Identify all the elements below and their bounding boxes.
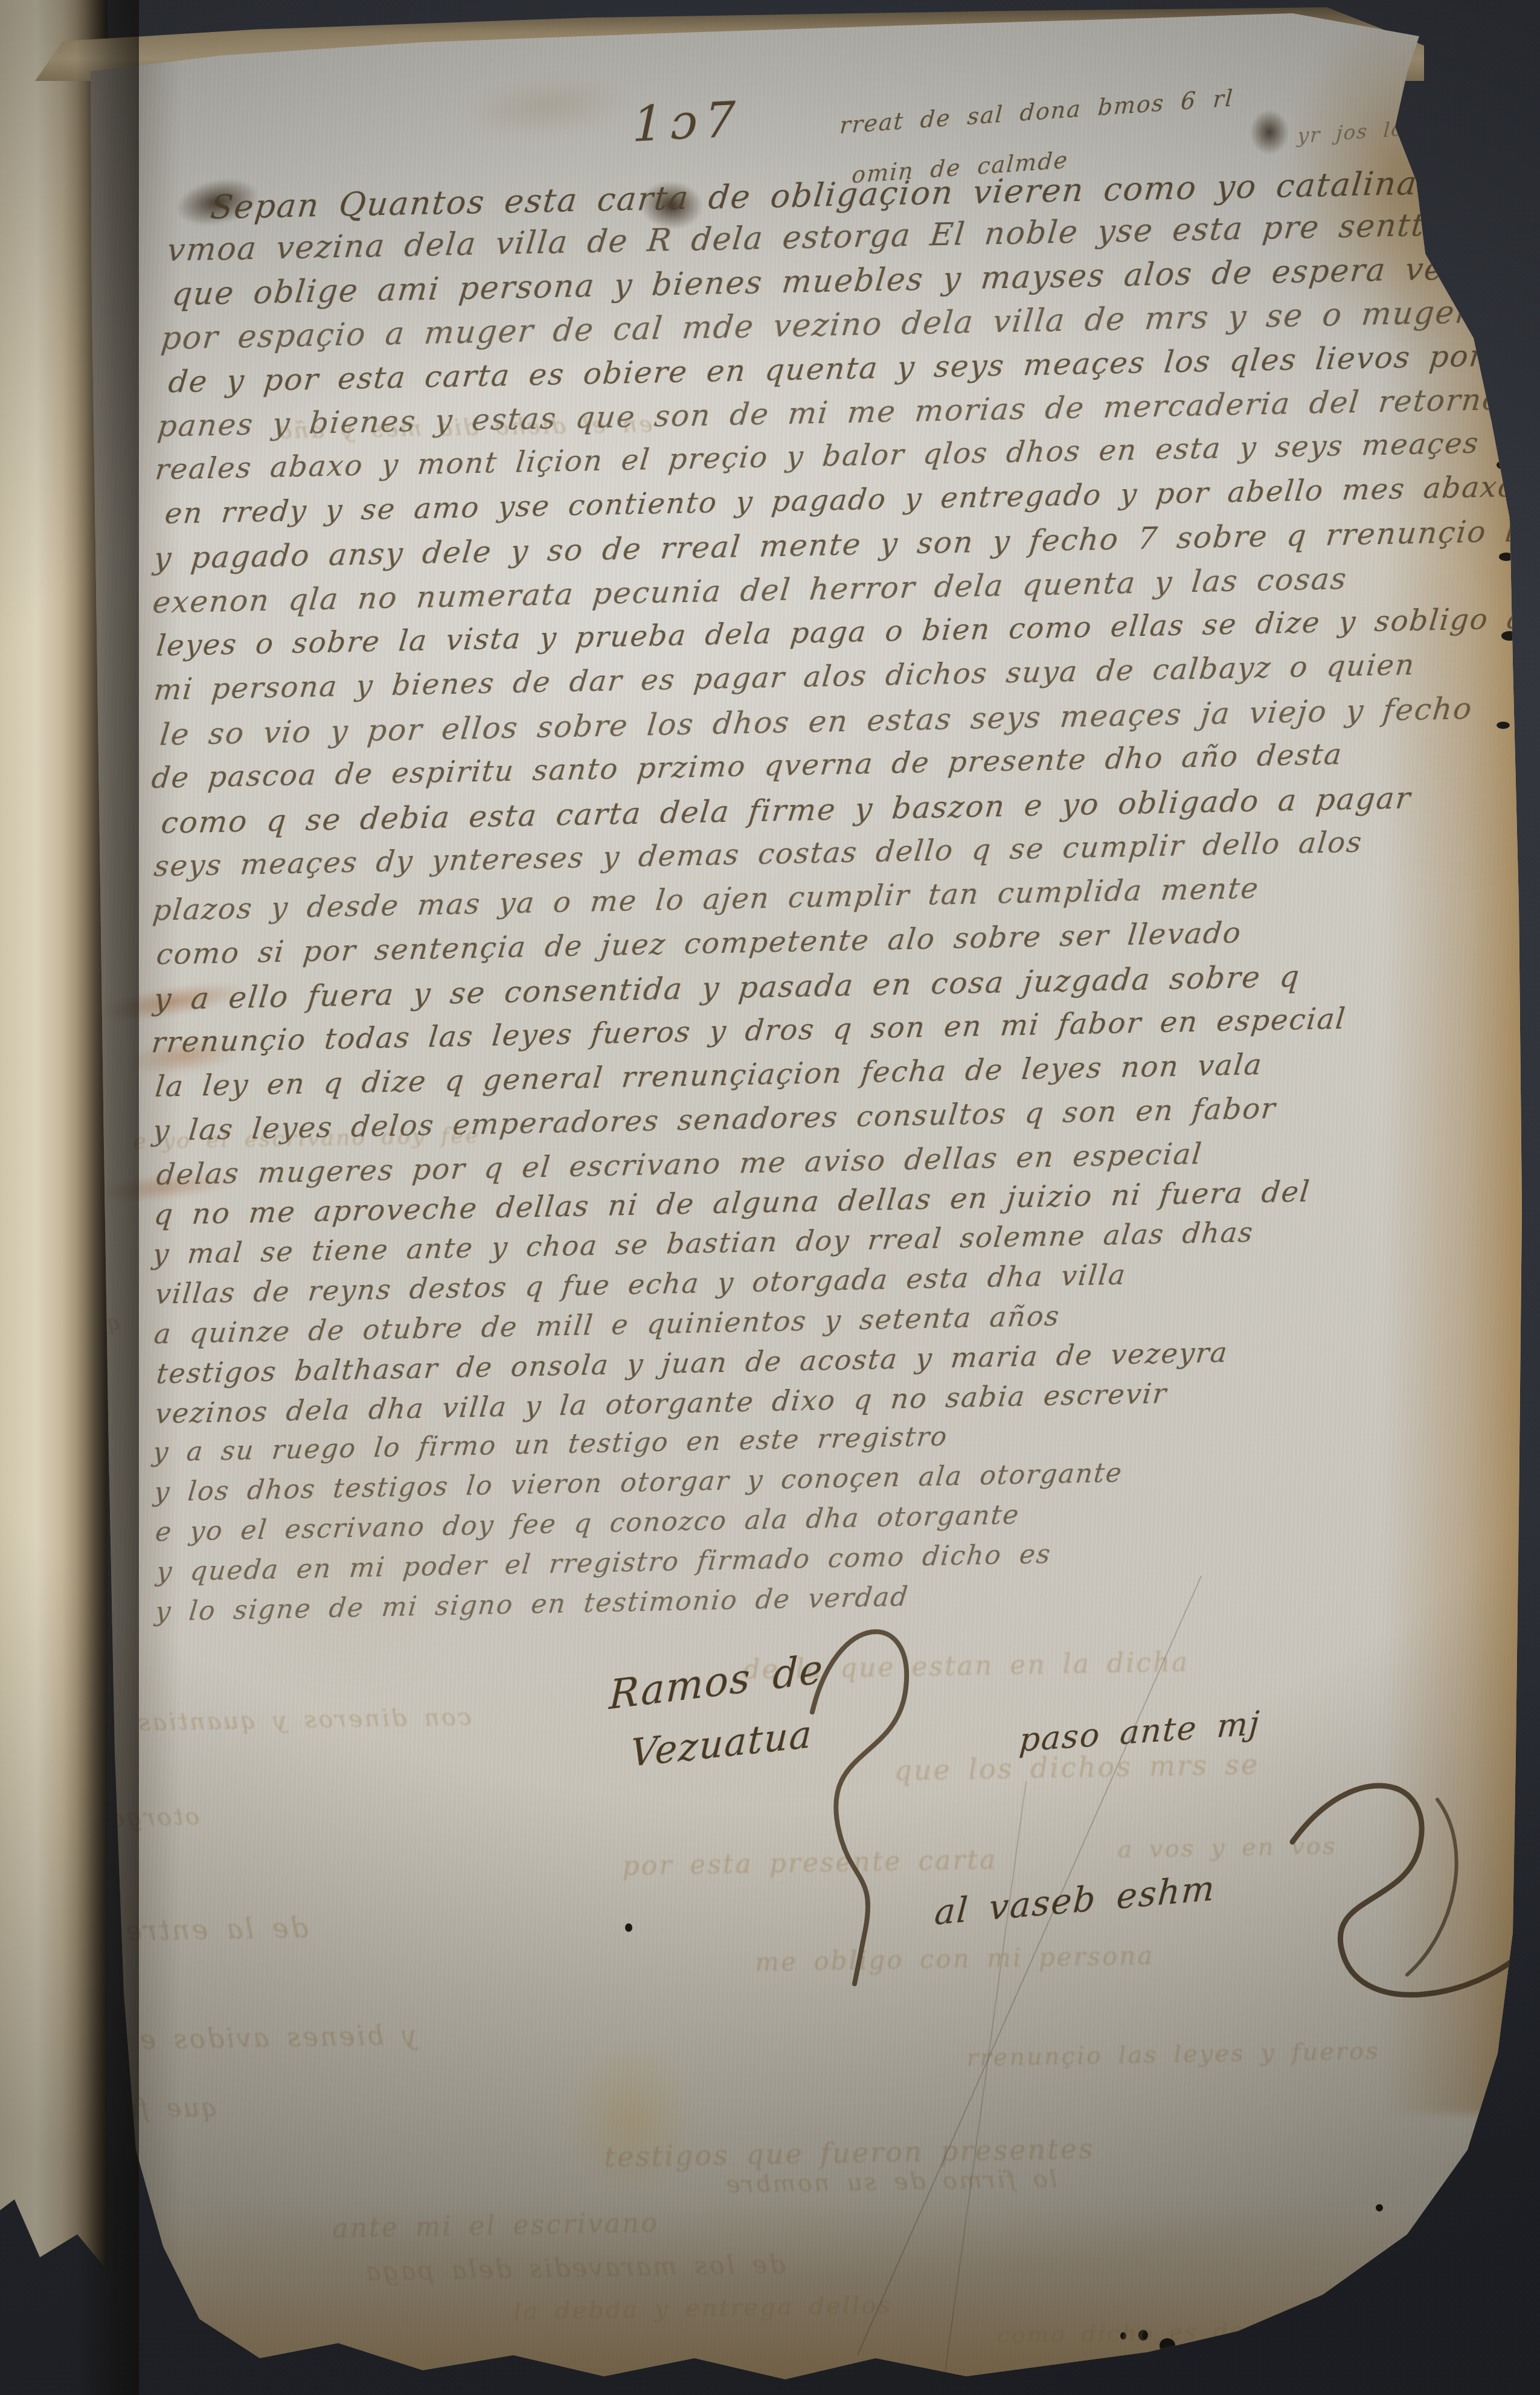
wormhole xyxy=(625,1923,632,1932)
gutter-shadow-overlay xyxy=(0,0,139,2395)
bleed-through-line: como dicho es de suso xyxy=(996,2316,1320,2349)
stain xyxy=(463,70,630,144)
signature-1-line2: Vezuatua xyxy=(629,1711,813,1775)
header-note-line1: rreat de sal dona bmos 6 rl xyxy=(839,85,1234,139)
wormhole xyxy=(1492,386,1507,395)
wormhole xyxy=(1497,460,1515,470)
bleed-through-line: con dineros y quantias xyxy=(136,1703,471,1737)
bleed-through-line: ante mi el escrivano xyxy=(332,2208,659,2244)
folio-number: 1ɔ7 xyxy=(632,91,743,153)
signature-1-rubric-flourish xyxy=(794,1621,939,1996)
signature-2-rubric-flourish xyxy=(1256,1775,1528,2035)
stain xyxy=(1250,110,1289,155)
bleed-through-line: rrenunçio las leyes y fueros xyxy=(966,2037,1380,2072)
manuscript-page: de la que estan en la dichacon dineros y… xyxy=(79,12,1528,2395)
wormhole xyxy=(1497,722,1510,729)
signature-2-escribano: al vaseb eshm xyxy=(933,1867,1217,1932)
wormhole xyxy=(1499,553,1513,561)
signature-1-line1: Ramos de xyxy=(608,1645,824,1719)
manuscript-photo: de la que estan en la dichacon dineros y… xyxy=(0,0,1540,2395)
page-edge-glimpse xyxy=(362,2385,525,2394)
bleed-through-line: lo firmo de su nombre xyxy=(724,2165,1057,2199)
wormhole xyxy=(1376,2204,1383,2211)
